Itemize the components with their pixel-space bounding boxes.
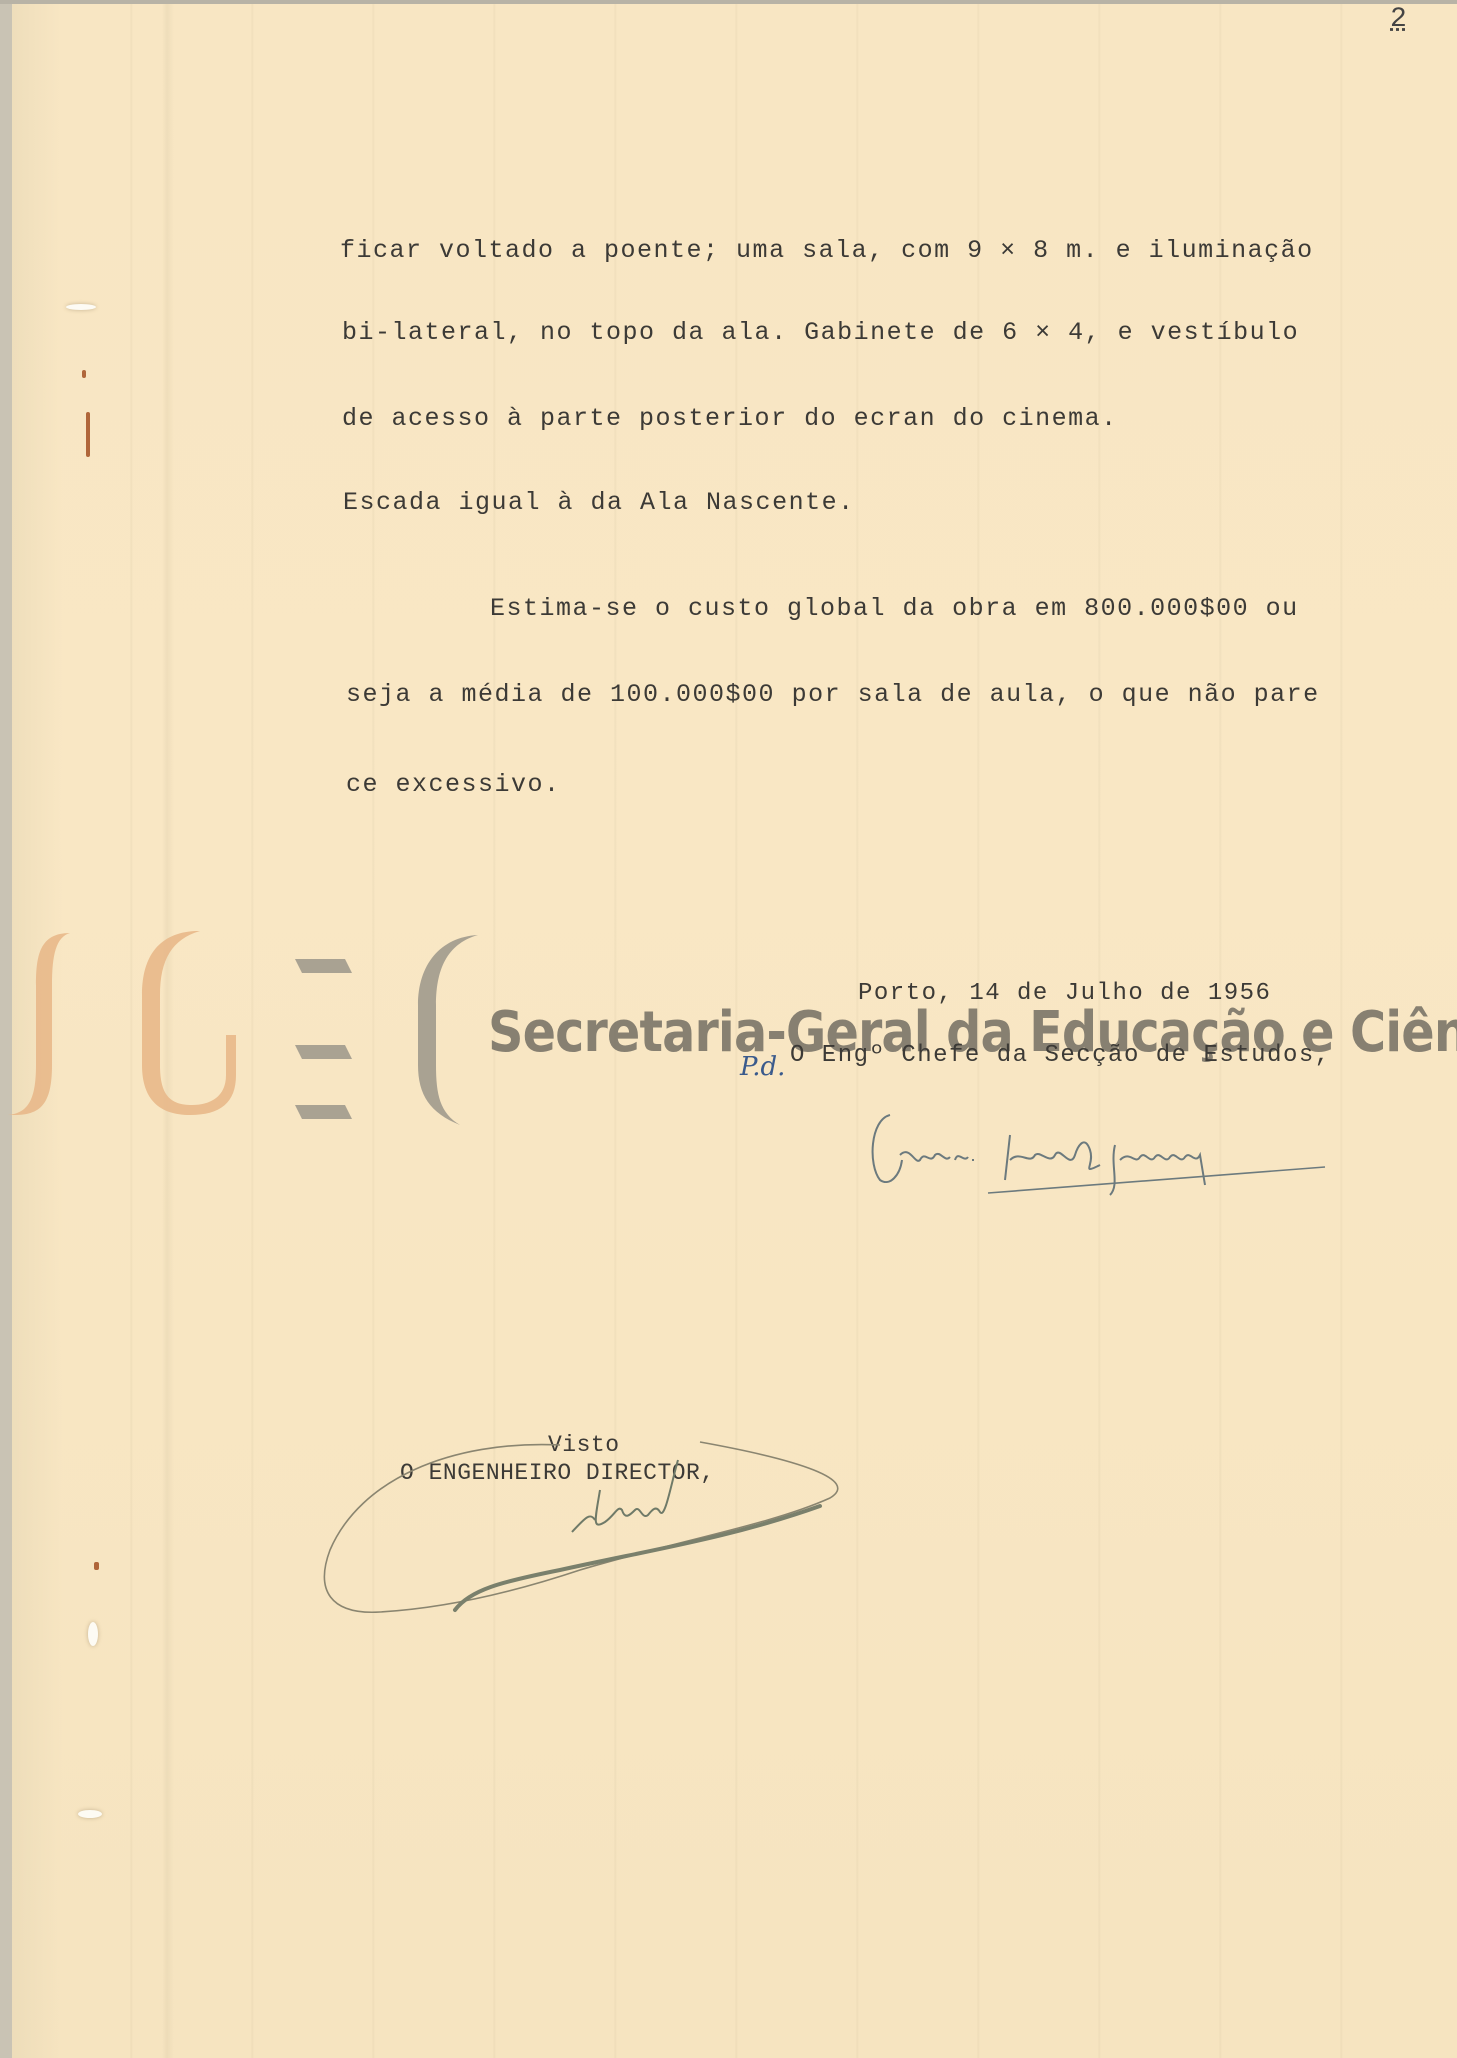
page-number: 2 [1390,4,1407,35]
body-line: seja a média de 100.000$00 por sala de a… [346,680,1320,709]
signature-chefe [860,1105,1330,1200]
body-line: bi-lateral, no topo da ala. Gabinete de … [342,318,1299,347]
watermark-logo [0,925,480,1125]
logo-e-bar-icon [295,959,352,973]
body-line: ce excessivo. [346,770,561,799]
staple-mark [82,370,86,378]
signature-director [300,1420,860,1640]
punch-hole [88,1622,98,1646]
punch-hole [66,304,96,310]
logo-e-bar-icon [295,1045,352,1059]
body-line: Escada igual à da Ala Nascente. [343,488,855,517]
place-date: Porto, 14 de Julho de 1956 [858,980,1271,1007]
signatory-title: O Engº Chefe da Secção de Estudos, [790,1042,1331,1069]
punch-hole [78,1810,102,1818]
logo-g-icon [142,931,236,1115]
logo-e-bar-icon [295,1105,352,1119]
body-line: Estima-se o custo global da obra em 800.… [490,594,1299,623]
staple-mark [94,1562,99,1570]
body-line: ficar voltado a poente; uma sala, com 9 … [340,236,1314,265]
body-line: de acesso à parte posterior do ecran do … [342,404,1118,433]
logo-c-icon [418,935,478,1125]
staple-mark [86,412,90,457]
handwritten-initials: P.d. [740,1052,785,1082]
logo-s-icon [8,933,70,1115]
